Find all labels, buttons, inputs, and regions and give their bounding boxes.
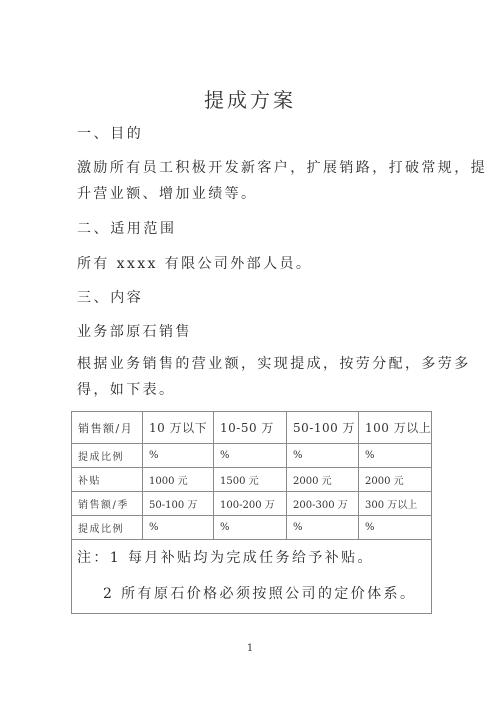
table-cell: 300 万以上: [359, 492, 432, 516]
header-cell: 销售额/月: [72, 412, 143, 444]
content-subheading: 业务部原石销售: [77, 322, 192, 342]
table-cell: %: [359, 444, 432, 468]
table-row: 补贴 1000 元 1500 元 2000 元 2000 元: [72, 468, 432, 492]
document-title: 提成方案: [0, 84, 500, 113]
row-label: 销售额/季: [72, 492, 143, 516]
table-row: 销售额/季 50-100 万 100-200 万 200-300 万 300 万…: [72, 492, 432, 516]
content-text-line-1: 根据业务销售的营业额，实现提成，按劳分配，多劳多: [77, 354, 471, 374]
table-cell: 100-200 万: [214, 492, 287, 516]
header-cell: 10 万以下: [143, 412, 214, 444]
row-label: 补贴: [72, 468, 143, 492]
table-cell: %: [287, 516, 359, 540]
header-cell: 100 万以上: [359, 412, 432, 444]
purpose-text-line-2: 升营业额、增加业绩等。: [77, 184, 257, 204]
table-cell: 2000 元: [359, 468, 432, 492]
table-cell: %: [214, 516, 287, 540]
section-heading-content: 三、内容: [77, 288, 143, 308]
row-label: 提成比例: [72, 444, 143, 468]
content-text-line-2: 得，如下表。: [77, 380, 175, 400]
section-heading-scope: 二、适用范围: [77, 219, 177, 239]
table-note-2: 2 所有原石价格必须按照公司的定价体系。: [103, 583, 416, 603]
table-cell: %: [214, 444, 287, 468]
header-cell: 10-50 万: [214, 412, 287, 444]
table-cell: 2000 元: [287, 468, 359, 492]
table-note-1: 注：1 每月补贴均为完成任务给予补贴。: [77, 547, 374, 567]
table-cell: 1500 元: [214, 468, 287, 492]
table-header-row: 销售额/月 10 万以下 10-50 万 50-100 万 100 万以上: [72, 412, 432, 444]
table-cell: %: [143, 516, 214, 540]
document-page: 提成方案 一、目的 激励所有员工积极开发新客户，扩展销路，打破常规，提 升营业额…: [0, 0, 500, 707]
table-cell: %: [359, 516, 432, 540]
header-cell: 50-100 万: [287, 412, 359, 444]
table-cell: 50-100 万: [143, 492, 214, 516]
table-row: 提成比例 % % % %: [72, 444, 432, 468]
purpose-text-line-1: 激励所有员工积极开发新客户，扩展销路，打破常规，提: [77, 158, 487, 178]
row-label: 提成比例: [72, 516, 143, 540]
page-number: 1: [0, 643, 500, 654]
scope-text: 所有 xxxx 有限公司外部人员。: [77, 254, 312, 274]
table-cell: 1000 元: [143, 468, 214, 492]
table-cell: 200-300 万: [287, 492, 359, 516]
table-cell: %: [143, 444, 214, 468]
table-row: 提成比例 % % % %: [72, 516, 432, 540]
table-cell: %: [287, 444, 359, 468]
section-heading-purpose: 一、目的: [77, 124, 143, 144]
